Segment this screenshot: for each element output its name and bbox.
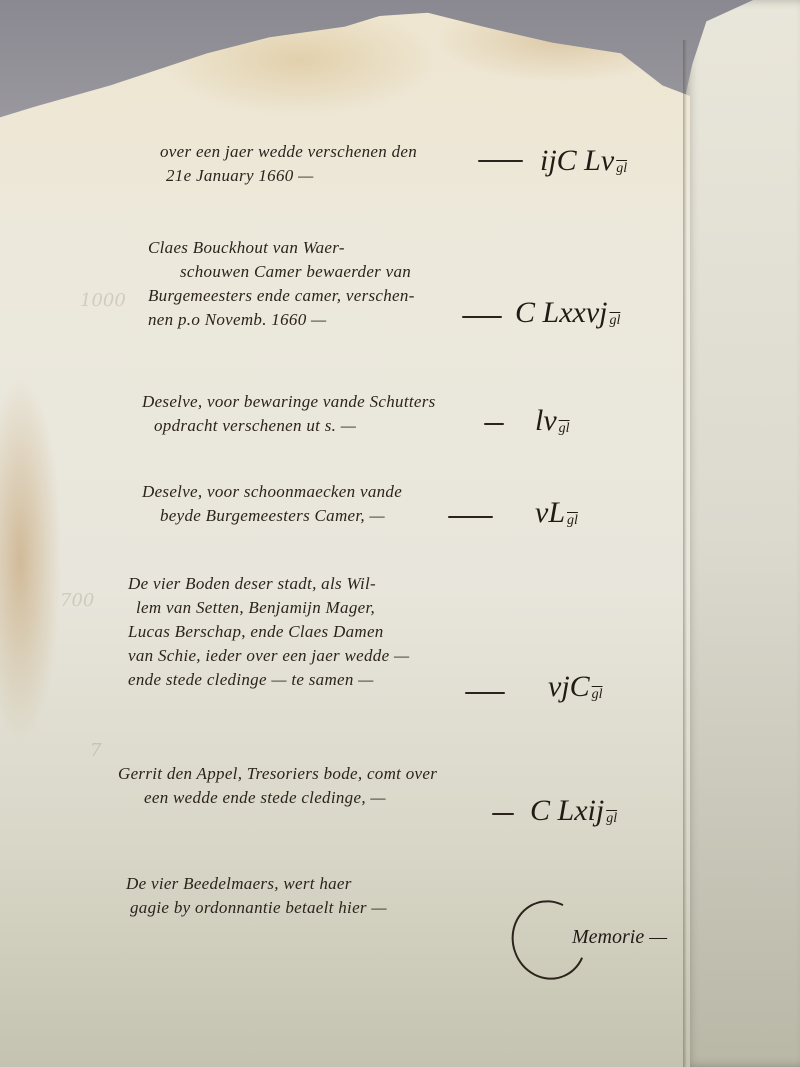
currency-unit: gl (567, 513, 578, 528)
entry-line: ende stede cledinge — te samen — (128, 668, 409, 692)
entry-line: Deselve, voor schoonmaecken vande (142, 480, 402, 504)
separator-dash (492, 813, 514, 815)
ledger-entries: over een jaer wedde verschenen den 21e J… (0, 0, 690, 1067)
entry-line: Gerrit den Appel, Tresoriers bode, comt … (118, 762, 437, 786)
separator-dash (484, 423, 504, 425)
entry-description: Claes Bouckhout van Waer- schouwen Camer… (148, 236, 415, 332)
entry-line: schouwen Camer bewaerder van (180, 260, 415, 284)
entry-line: van Schie, ieder over een jaer wedde — (128, 644, 409, 668)
entry-amount: lvgl (535, 406, 570, 444)
entry-amount: vjCgl (548, 672, 603, 710)
entry-line: opdracht verschenen ut s. — (154, 414, 436, 438)
entry-line: over een jaer wedde verschenen den (160, 140, 417, 164)
entry-line: De vier Beedelmaers, wert haer (126, 872, 387, 896)
facing-page (683, 0, 800, 1067)
entry-description: De vier Beedelmaers, wert haer gagie by … (126, 872, 387, 920)
entry-line: een wedde ende stede cledinge, — (144, 786, 437, 810)
entry-line: 21e January 1660 — (166, 164, 417, 188)
separator-dash (448, 516, 493, 518)
currency-unit: gl (559, 421, 570, 436)
entry-line: nen p.o Novemb. 1660 — (148, 308, 415, 332)
entry-line: Deselve, voor bewaringe vande Schutters (142, 390, 436, 414)
entry-line: Lucas Berschap, ende Claes Damen (128, 620, 409, 644)
separator-dash (462, 316, 502, 318)
currency-unit: gl (609, 313, 620, 328)
currency-unit: gl (616, 161, 627, 176)
entry-description: Deselve, voor bewaringe vande Schutters … (142, 390, 436, 438)
entry-description: Deselve, voor schoonmaecken vande beyde … (142, 480, 402, 528)
entry-line: lem van Setten, Benjamijn Mager, (136, 596, 409, 620)
currency-unit: gl (592, 687, 603, 702)
entry-line: gagie by ordonnantie betaelt hier — (130, 896, 387, 920)
entry-amount: C Lxijgl (530, 796, 617, 834)
entry-amount: C Lxxvjgl (515, 298, 620, 336)
entry-amount: Memorie — (572, 922, 667, 952)
separator-dash (465, 692, 505, 694)
entry-line: beyde Burgemeesters Camer, — (160, 504, 402, 528)
entry-line: Burgemeesters ende camer, verschen- (148, 284, 415, 308)
entry-amount: ijC Lvgl (540, 146, 627, 184)
currency-unit: gl (606, 811, 617, 826)
entry-line: Claes Bouckhout van Waer- (148, 236, 415, 260)
separator-dash (478, 160, 523, 162)
entry-description: over een jaer wedde verschenen den 21e J… (160, 140, 417, 188)
entry-description: De vier Boden deser stadt, als Wil- lem … (128, 572, 409, 692)
entry-description: Gerrit den Appel, Tresoriers bode, comt … (118, 762, 437, 810)
entry-line: De vier Boden deser stadt, als Wil- (128, 572, 409, 596)
entry-amount: vLgl (535, 498, 578, 536)
